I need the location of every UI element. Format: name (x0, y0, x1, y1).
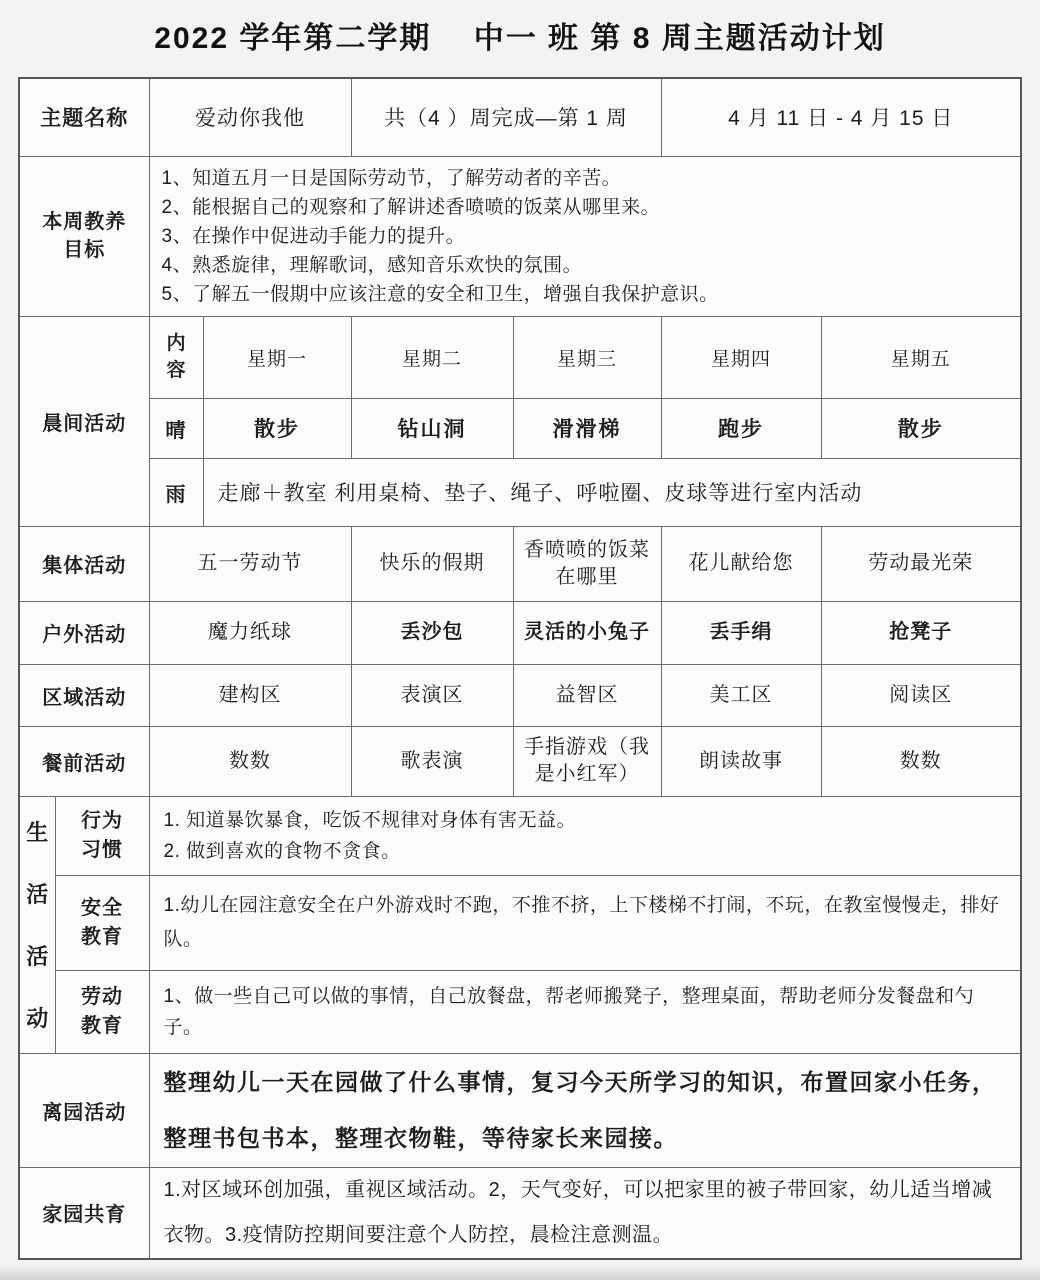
labor-education-label: 劳动教育 (55, 970, 149, 1053)
life-label-char: 动 (26, 1002, 48, 1033)
morning-days-row: 晨间活动 内容 星期一 星期二 星期三 星期四 星期五 (19, 316, 1021, 398)
life-label-char: 生 (26, 816, 48, 847)
activity-cell: 美工区 (661, 664, 821, 726)
goal-item: 3、在操作中促进动手能力的提升。 (162, 222, 1011, 251)
home-coeducation-row: 家园共育 1.对区域环创加强，重视区域活动。2，天气变好，可以把家里的被子带回家… (19, 1167, 1021, 1259)
weeks-progress-value: 共（4 ）周完成—第 1 周 (351, 78, 661, 156)
area-activity-label: 区域活动 (19, 664, 149, 726)
day-header-monday: 星期一 (203, 316, 351, 398)
sunny-activities-row: 晴 散步 钻山洞 滑滑梯 跑步 散步 (19, 398, 1021, 458)
sunny-activity-cell: 跑步 (661, 398, 821, 458)
premeal-activities-row: 餐前活动 数数 歌表演 手指游戏（我是小红军） 朗读故事 数数 (19, 726, 1021, 796)
theme-name-label: 主题名称 (19, 78, 149, 156)
sunny-activity-cell: 钻山洞 (351, 398, 513, 458)
outdoor-activities-row: 户外活动 魔力纸球 丢沙包 灵活的小兔子 丢手绢 抢凳子 (19, 601, 1021, 664)
leaving-activity-label: 离园活动 (19, 1053, 149, 1167)
sunny-sublabel: 晴 (149, 398, 203, 458)
activity-cell: 数数 (149, 726, 351, 796)
safety-education-row: 安全教育 1.幼儿在园注意安全在户外游戏时不跑，不推不挤，上下楼梯不打闹，不玩，… (19, 875, 1021, 970)
goal-item: 4、熟悉旋律，理解歌词，感知音乐欢快的氛围。 (162, 251, 1011, 280)
date-range-value: 4 月 11 日 - 4 月 15 日 (661, 78, 1021, 156)
premeal-activity-label: 餐前活动 (19, 726, 149, 796)
weekly-goals-label: 本周教养目标 (19, 156, 149, 316)
behavior-habits-content: 1. 知道暴饮暴食，吃饭不规律对身体有害无益。 2. 做到喜欢的食物不贪食。 (149, 796, 1021, 875)
activity-cell: 丢沙包 (351, 601, 513, 664)
labor-education-row: 劳动教育 1、做一些自己可以做的事情，自己放餐盘，帮老师搬凳子，整理桌面，帮助老… (19, 970, 1021, 1053)
activity-cell: 阅读区 (821, 664, 1021, 726)
safety-education-content: 1.幼儿在园注意安全在户外游戏时不跑，不推不挤，上下楼梯不打闹，不玩，在教室慢慢… (149, 875, 1021, 970)
behavior-habits-label: 行为习惯 (55, 796, 149, 875)
safety-education-label: 安全教育 (55, 875, 149, 970)
day-header-thursday: 星期四 (661, 316, 821, 398)
activity-cell: 五一劳动节 (149, 526, 351, 601)
page-title: 2022 学年第二学期 中一 班 第 8 周主题活动计划 (0, 0, 1040, 57)
life-label-char: 活 (26, 878, 48, 909)
day-header-tuesday: 星期二 (351, 316, 513, 398)
goal-item: 5、了解五一假期中应该注意的安全和卫生，增强自我保护意识。 (162, 280, 1011, 309)
content-sublabel: 内容 (149, 316, 203, 398)
activity-cell: 朗读故事 (661, 726, 821, 796)
rainy-activities-row: 雨 走廊＋教室 利用桌椅、垫子、绳子、呼啦圈、皮球等进行室内活动 (19, 458, 1021, 526)
activity-plan-table: 主题名称 爱动你我他 共（4 ）周完成—第 1 周 4 月 11 日 - 4 月… (18, 77, 1022, 1260)
activity-cell: 手指游戏（我是小红军） (513, 726, 661, 796)
collective-activity-label: 集体活动 (19, 526, 149, 601)
sunny-activity-cell: 散步 (203, 398, 351, 458)
morning-activity-label: 晨间活动 (19, 316, 149, 526)
activity-cell: 丢手绢 (661, 601, 821, 664)
activity-cell: 魔力纸球 (149, 601, 351, 664)
activity-cell: 花儿献给您 (661, 526, 821, 601)
home-coeducation-label: 家园共育 (19, 1167, 149, 1259)
collective-activities-row: 集体活动 五一劳动节 快乐的假期 香喷喷的饭菜在哪里 花儿献给您 劳动最光荣 (19, 526, 1021, 601)
activity-cell: 劳动最光荣 (821, 526, 1021, 601)
activity-cell: 建构区 (149, 664, 351, 726)
activity-cell: 灵活的小兔子 (513, 601, 661, 664)
goal-item: 2、能根据自己的观察和了解讲述香喷喷的饭菜从哪里来。 (162, 193, 1011, 222)
life-label-char: 活 (26, 940, 48, 971)
behavior-habit-item: 2. 做到喜欢的食物不贪食。 (164, 836, 1007, 867)
photo-bottom-shade (0, 1264, 1040, 1280)
area-activities-row: 区域活动 建构区 表演区 益智区 美工区 阅读区 (19, 664, 1021, 726)
day-header-friday: 星期五 (821, 316, 1021, 398)
activity-cell: 快乐的假期 (351, 526, 513, 601)
activity-cell: 数数 (821, 726, 1021, 796)
weekly-goals-content: 1、知道五月一日是国际劳动节，了解劳动者的辛苦。 2、能根据自己的观察和了解讲述… (149, 156, 1021, 316)
day-header-wednesday: 星期三 (513, 316, 661, 398)
theme-header-row: 主题名称 爱动你我他 共（4 ）周完成—第 1 周 4 月 11 日 - 4 月… (19, 78, 1021, 156)
behavior-habit-item: 1. 知道暴饮暴食，吃饭不规律对身体有害无益。 (164, 805, 1007, 836)
labor-education-content: 1、做一些自己可以做的事情，自己放餐盘，帮老师搬凳子，整理桌面，帮助老师分发餐盘… (149, 970, 1021, 1053)
leaving-activities-row: 离园活动 整理幼儿一天在园做了什么事情，复习今天所学习的知识，布置回家小任务，整… (19, 1053, 1021, 1167)
theme-name-value: 爱动你我他 (149, 78, 351, 156)
home-coeducation-content: 1.对区域环创加强，重视区域活动。2，天气变好，可以把家里的被子带回家，幼儿适当… (149, 1167, 1021, 1259)
rain-activity-text: 走廊＋教室 利用桌椅、垫子、绳子、呼啦圈、皮球等进行室内活动 (203, 458, 1021, 526)
outdoor-activity-label: 户外活动 (19, 601, 149, 664)
sunny-activity-cell: 散步 (821, 398, 1021, 458)
activity-cell: 表演区 (351, 664, 513, 726)
sunny-activity-cell: 滑滑梯 (513, 398, 661, 458)
behavior-habits-row: 生 活 活 动 行为习惯 1. 知道暴饮暴食，吃饭不规律对身体有害无益。 2. … (19, 796, 1021, 875)
weekly-goals-row: 本周教养目标 1、知道五月一日是国际劳动节，了解劳动者的辛苦。 2、能根据自己的… (19, 156, 1021, 316)
activity-cell: 歌表演 (351, 726, 513, 796)
leaving-activity-content: 整理幼儿一天在园做了什么事情，复习今天所学习的知识，布置回家小任务，整理书包书本… (149, 1053, 1021, 1167)
activity-cell: 香喷喷的饭菜在哪里 (513, 526, 661, 601)
life-activity-label: 生 活 活 动 (19, 796, 55, 1053)
activity-cell: 益智区 (513, 664, 661, 726)
goal-item: 1、知道五月一日是国际劳动节，了解劳动者的辛苦。 (162, 164, 1011, 193)
rain-sublabel: 雨 (149, 458, 203, 526)
activity-cell: 抢凳子 (821, 601, 1021, 664)
